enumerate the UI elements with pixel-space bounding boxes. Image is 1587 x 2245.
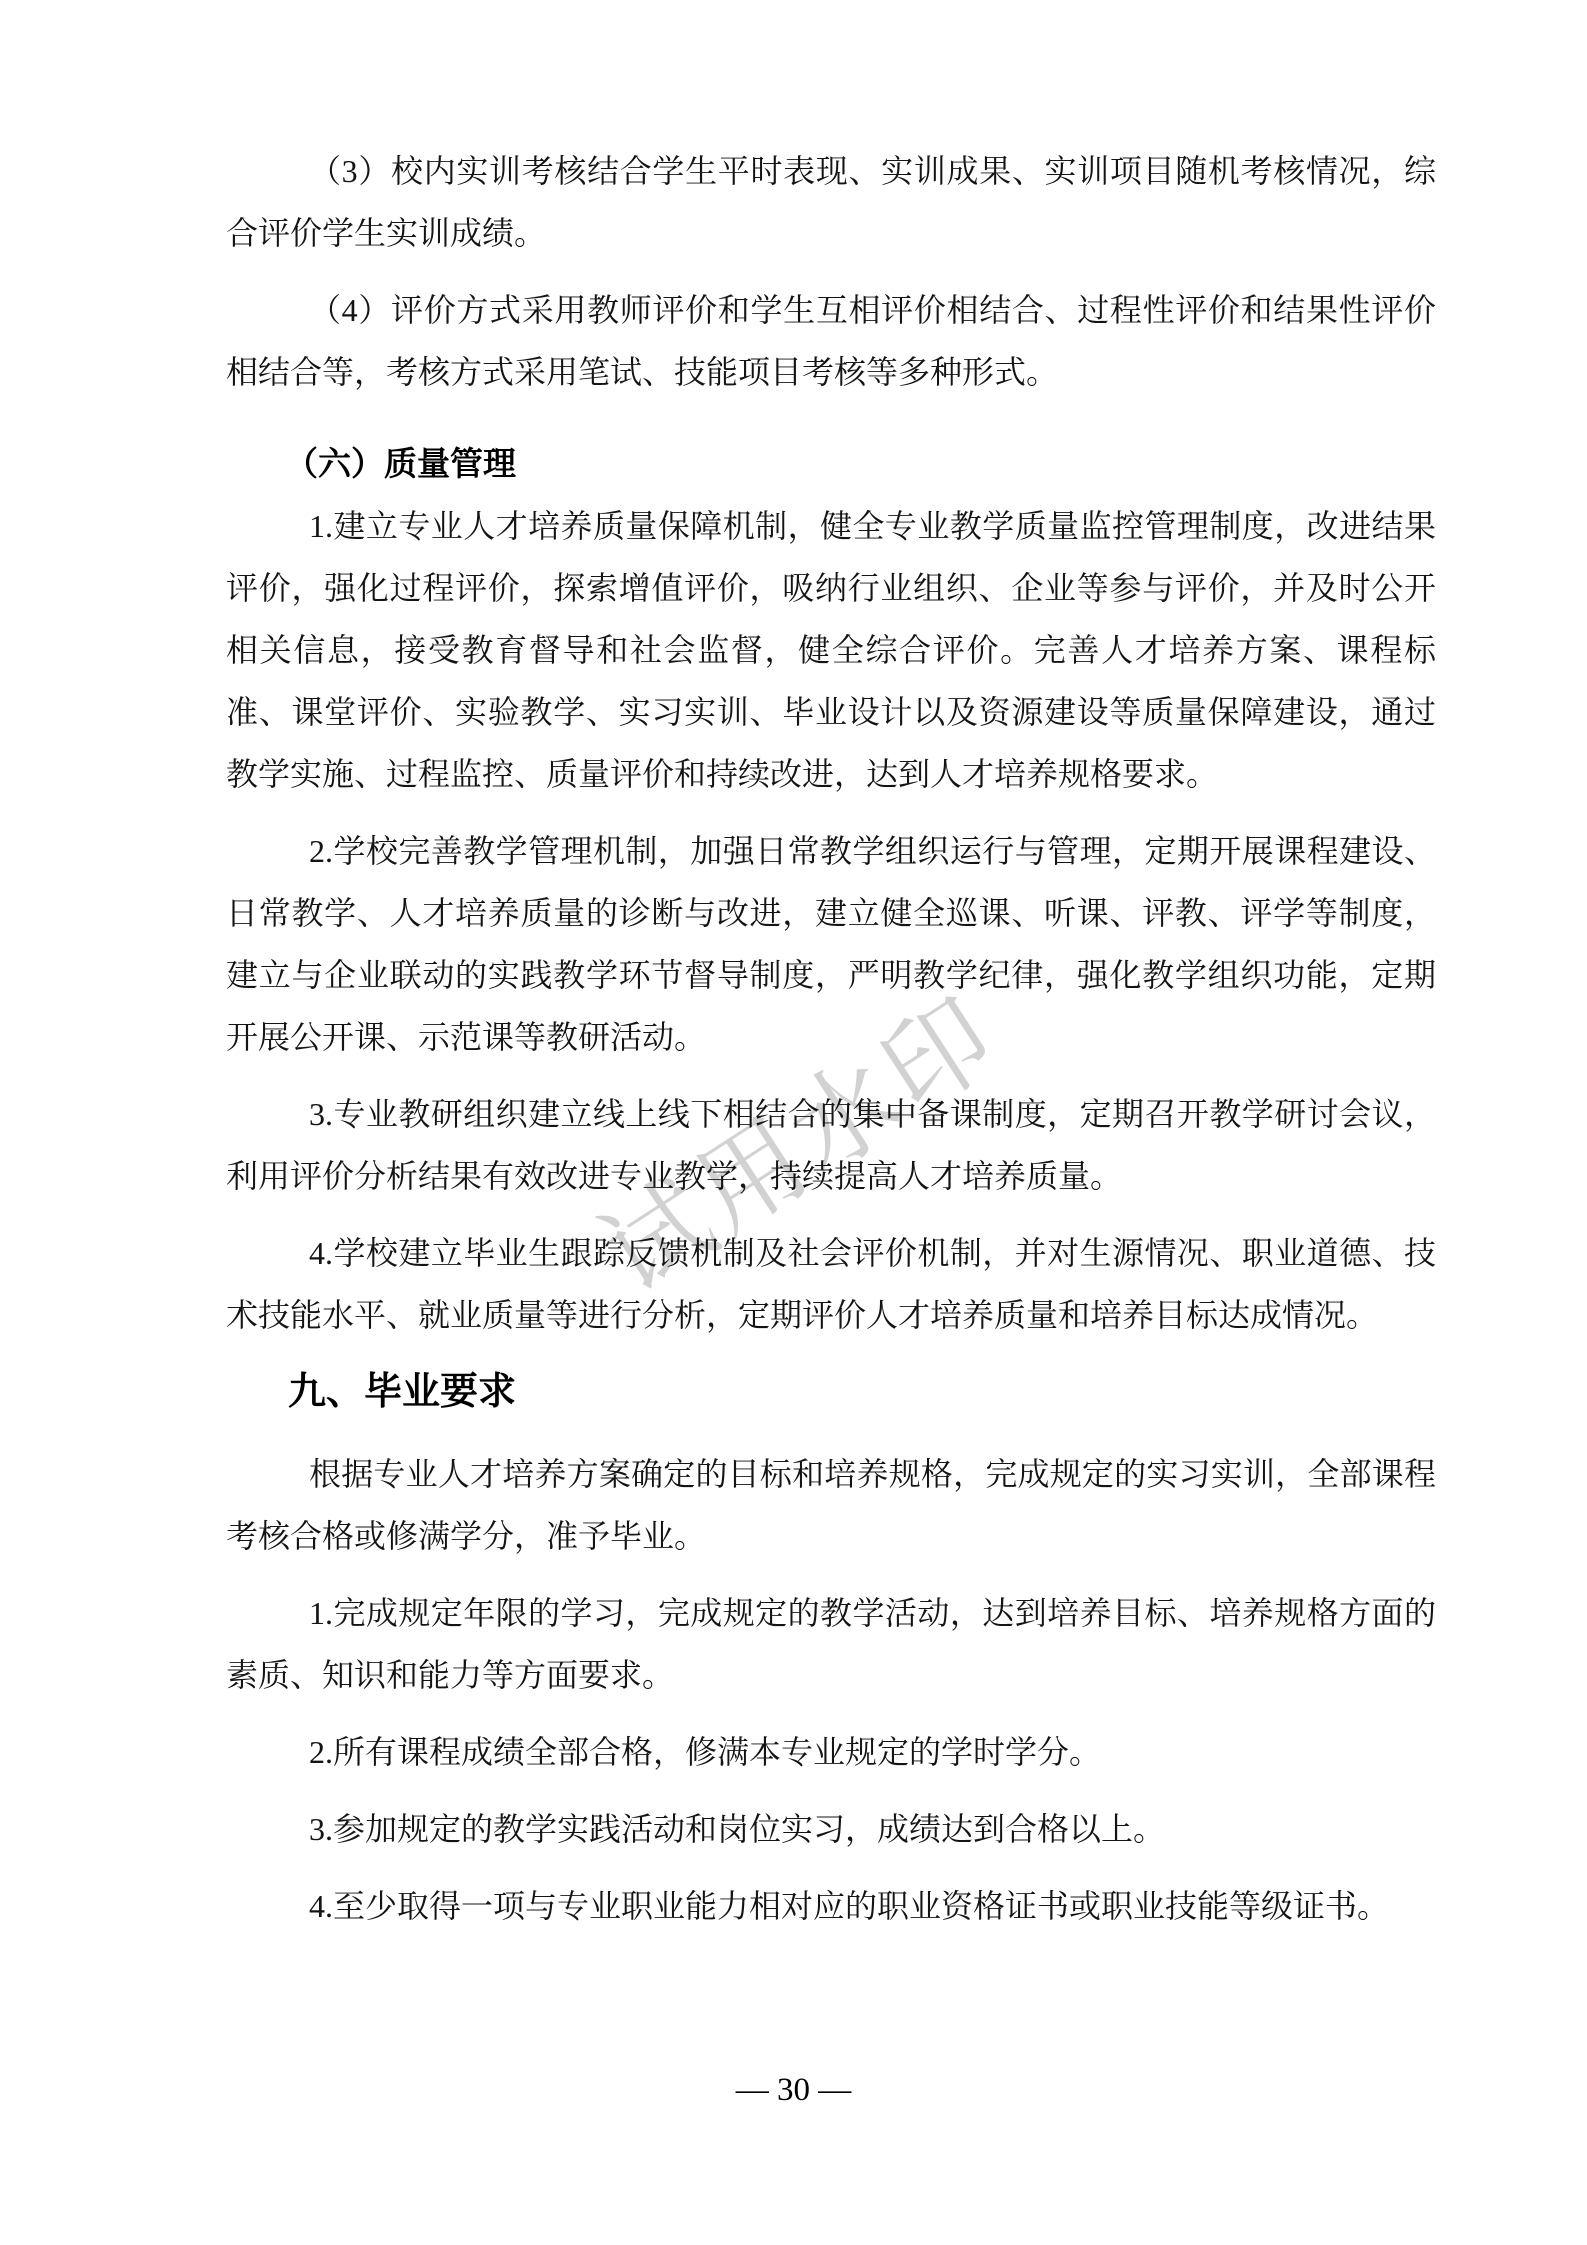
- paragraph-graduation-item-2: 2.所有课程成绩全部合格，修满本专业规定的学时学分。: [226, 1721, 1436, 1783]
- paragraph-quality-item-4: 4.学校建立毕业生跟踪反馈机制及社会评价机制，并对生源情况、职业道德、技术技能水…: [226, 1222, 1436, 1346]
- paragraph-graduation-intro: 根据专业人才培养方案确定的目标和培养规格，完成规定的实习实训，全部课程考核合格或…: [226, 1443, 1436, 1567]
- paragraph-quality-item-2: 2.学校完善教学管理机制，加强日常教学组织运行与管理，定期开展课程建设、日常教学…: [226, 820, 1436, 1068]
- paragraph-graduation-item-3: 3.参加规定的教学实践活动和岗位实习，成绩达到合格以上。: [226, 1798, 1436, 1860]
- paragraph-evaluation-methods: （4）评价方式采用教师评价和学生互相评价相结合、过程性评价和结果性评价相结合等，…: [226, 279, 1436, 403]
- paragraph-quality-item-3: 3.专业教研组织建立线上线下相结合的集中备课制度，定期召开教学研讨会议，利用评价…: [226, 1083, 1436, 1207]
- document-page: 试用水印 （3）校内实训考核结合学生平时表现、实训成果、实训项目随机考核情况，综…: [0, 0, 1587, 2245]
- paragraph-quality-item-1: 1.建立专业人才培养质量保障机制，健全专业教学质量监控管理制度，改进结果评价，强…: [226, 495, 1436, 805]
- page-number: — 30 —: [0, 2072, 1587, 2109]
- paragraph-graduation-item-1: 1.完成规定年限的学习，完成规定的教学活动，达到培养目标、培养规格方面的素质、知…: [226, 1582, 1436, 1706]
- chapter-heading-graduation-requirements: 九、毕业要求: [226, 1361, 1436, 1423]
- paragraph-graduation-item-4: 4.至少取得一项与专业职业能力相对应的职业资格证书或职业技能等级证书。: [226, 1875, 1436, 1937]
- page-content: （3）校内实训考核结合学生平时表现、实训成果、实训项目随机考核情况，综合评价学生…: [0, 0, 1587, 1937]
- section-heading-quality-management: （六）质量管理: [226, 433, 1436, 495]
- paragraph-campus-training-assessment: （3）校内实训考核结合学生平时表现、实训成果、实训项目随机考核情况，综合评价学生…: [226, 140, 1436, 264]
